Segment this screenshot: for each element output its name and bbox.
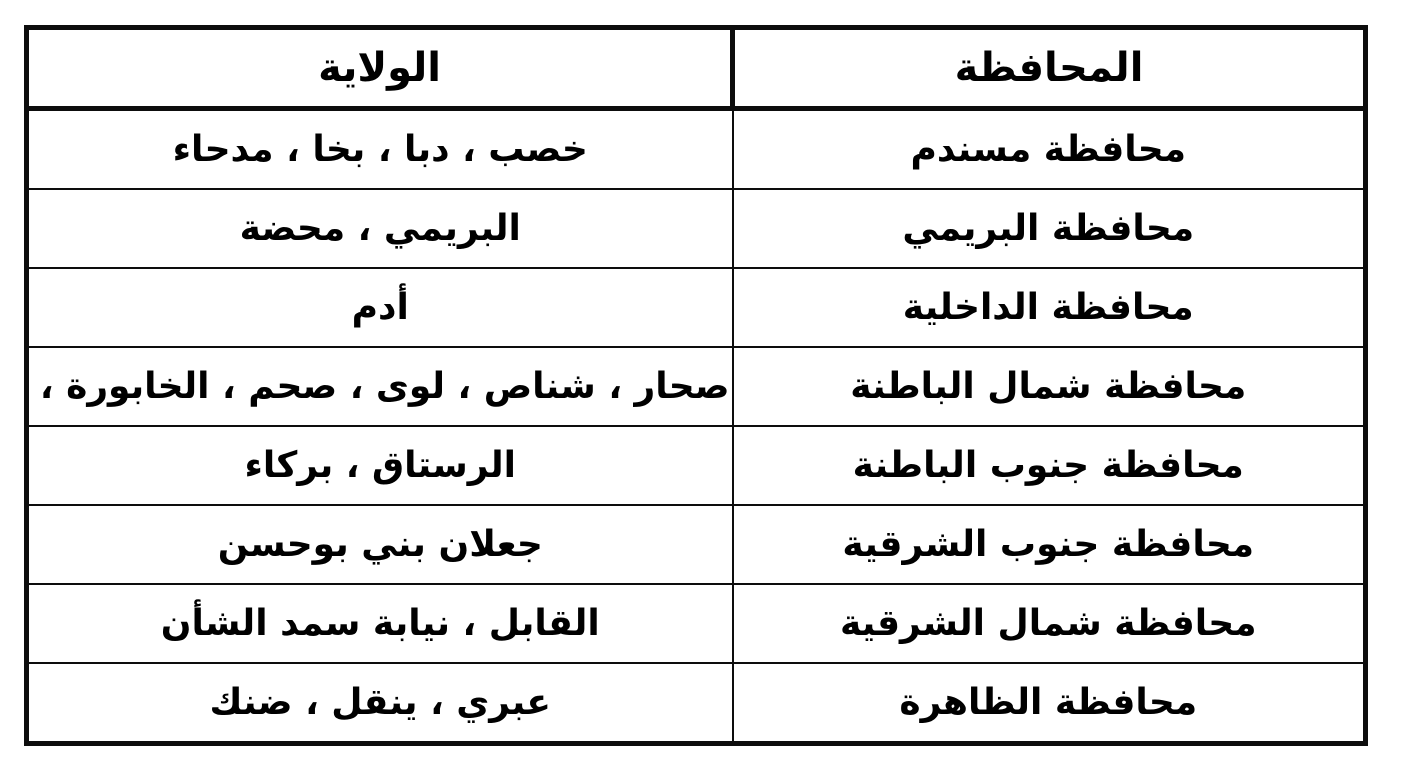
wilaya-cell: الرستاق ، بركاء [27, 426, 733, 505]
wilaya-cell: صحار ، شناص ، لوى ، صحم ، الخابورة ، الس… [27, 347, 733, 426]
page: المحافظة الولاية محافظة مسندم خصب ، دبا … [0, 0, 1404, 759]
table-row: محافظة جنوب الشرقية جعلان بني بوحسن [27, 505, 1366, 584]
header-governorate: المحافظة [733, 28, 1366, 109]
table-row: محافظة شمال الباطنة صحار ، شناص ، لوى ، … [27, 347, 1366, 426]
table-row: محافظة البريمي البريمي ، محضة [27, 189, 1366, 268]
governorate-cell: محافظة البريمي [733, 189, 1366, 268]
table-row: محافظة شمال الشرقية القابل ، نيابة سمد ا… [27, 584, 1366, 663]
governorate-cell: محافظة الداخلية [733, 268, 1366, 347]
governorates-table: المحافظة الولاية محافظة مسندم خصب ، دبا … [24, 25, 1368, 746]
governorate-cell: محافظة شمال الشرقية [733, 584, 1366, 663]
governorate-cell: محافظة الظاهرة [733, 663, 1366, 744]
table-container: المحافظة الولاية محافظة مسندم خصب ، دبا … [29, 25, 1368, 746]
wilaya-cell: عبري ، ينقل ، ضنك [27, 663, 733, 744]
governorate-cell: محافظة شمال الباطنة [733, 347, 1366, 426]
wilaya-cell: البريمي ، محضة [27, 189, 733, 268]
header-wilaya: الولاية [27, 28, 733, 109]
wilaya-cell: القابل ، نيابة سمد الشأن [27, 584, 733, 663]
header-row: المحافظة الولاية [27, 28, 1366, 109]
wilaya-cell: أدم [27, 268, 733, 347]
table-row: محافظة مسندم خصب ، دبا ، بخا ، مدحاء [27, 109, 1366, 190]
table-row: محافظة جنوب الباطنة الرستاق ، بركاء [27, 426, 1366, 505]
table-row: محافظة الظاهرة عبري ، ينقل ، ضنك [27, 663, 1366, 744]
governorate-cell: محافظة مسندم [733, 109, 1366, 190]
governorate-cell: محافظة جنوب الباطنة [733, 426, 1366, 505]
wilaya-cell: جعلان بني بوحسن [27, 505, 733, 584]
governorate-cell: محافظة جنوب الشرقية [733, 505, 1366, 584]
table-body: محافظة مسندم خصب ، دبا ، بخا ، مدحاء محا… [27, 109, 1366, 744]
wilaya-cell: خصب ، دبا ، بخا ، مدحاء [27, 109, 733, 190]
table-row: محافظة الداخلية أدم [27, 268, 1366, 347]
